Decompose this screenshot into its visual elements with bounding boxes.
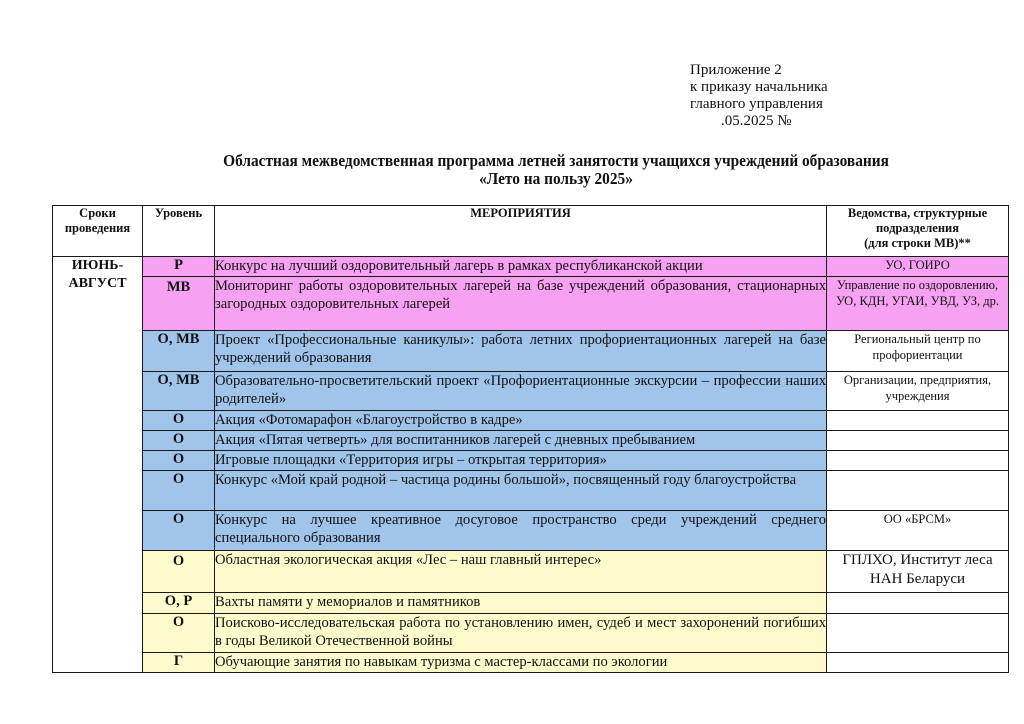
event-cell: Акция «Фотомарафон «Благоустройство в ка… <box>215 411 827 431</box>
event-cell: Игровые площадки «Территория игры – откр… <box>215 451 827 471</box>
event-cell: Конкурс на лучший оздоровительный лагерь… <box>215 257 827 277</box>
header-level: Уровень <box>143 206 215 257</box>
level-cell: О, МВ <box>143 372 215 411</box>
level-cell: Г <box>143 653 215 673</box>
table-row: О Поисково-исследовательская работа по у… <box>53 614 1009 653</box>
title-line-1: Областная межведомственная программа лет… <box>85 152 1024 170</box>
level-cell: О <box>143 471 215 511</box>
table-row: О Акция «Пятая четверть» для воспитанник… <box>53 431 1009 451</box>
table-row: О Конкурс «Мой край родной – частица род… <box>53 471 1009 511</box>
event-cell: Вахты памяти у мемориалов и памятников <box>215 593 827 614</box>
event-cell: Поисково-исследовательская работа по уст… <box>215 614 827 653</box>
agency-cell <box>827 614 1009 653</box>
level-cell: О <box>143 551 215 593</box>
agency-cell: Региональный центр по профориентации <box>827 331 1009 372</box>
header-agencies-line-2: (для строки МВ)** <box>827 236 1008 251</box>
agency-cell: УО, ГОИРО <box>827 257 1009 277</box>
table-row: МВ Мониторинг работы оздоровительных лаг… <box>53 277 1009 331</box>
level-cell: О, МВ <box>143 331 215 372</box>
table-row: О, МВ Проект «Профессиональные каникулы»… <box>53 331 1009 372</box>
table-row: Г Обучающие занятия по навыкам туризма с… <box>53 653 1009 673</box>
event-cell: Проект «Профессиональные каникулы»: рабо… <box>215 331 827 372</box>
appendix-block: Приложение 2 к приказу начальника главно… <box>690 62 828 130</box>
event-cell: Мониторинг работы оздоровительных лагере… <box>215 277 827 331</box>
agency-cell: ГПЛХО, Институт леса НАН Беларуси <box>827 551 1009 593</box>
program-table: Сроки проведения Уровень МЕРОПРИЯТИЯ Вед… <box>52 205 1009 673</box>
table-row: О Областная экологическая акция «Лес – н… <box>53 551 1009 593</box>
level-cell: О <box>143 614 215 653</box>
header-agencies: Ведомства, структурные подразделения (дл… <box>827 206 1009 257</box>
level-cell: О <box>143 511 215 551</box>
event-cell: Конкурс «Мой край родной – частица родин… <box>215 471 827 511</box>
table-row: О, Р Вахты памяти у мемориалов и памятни… <box>53 593 1009 614</box>
table-row: О Конкурс на лучшее креативное досуговое… <box>53 511 1009 551</box>
period-cell: ИЮНЬ-АВГУСТ <box>53 257 143 673</box>
appendix-line-1: Приложение 2 <box>690 62 828 79</box>
agency-cell <box>827 471 1009 511</box>
agency-cell <box>827 451 1009 471</box>
appendix-line-2: к приказу начальника <box>690 79 828 96</box>
appendix-line-3: главного управления <box>690 96 828 113</box>
event-cell: Образовательно-просветительский проект «… <box>215 372 827 411</box>
table-row: О Игровые площадки «Территория игры – от… <box>53 451 1009 471</box>
header-agencies-line-1: Ведомства, структурные подразделения <box>827 206 1008 236</box>
table-row: О Акция «Фотомарафон «Благоустройство в … <box>53 411 1009 431</box>
event-cell: Областная экологическая акция «Лес – наш… <box>215 551 827 593</box>
page-title: Областная межведомственная программа лет… <box>85 152 1024 188</box>
agency-cell: Организации, предприятия, учреждения <box>827 372 1009 411</box>
table-header-row: Сроки проведения Уровень МЕРОПРИЯТИЯ Вед… <box>53 206 1009 257</box>
event-cell: Обучающие занятия по навыкам туризма с м… <box>215 653 827 673</box>
agency-cell: Управление по оздоровлению, УО, КДН, УГА… <box>827 277 1009 331</box>
level-cell: О <box>143 431 215 451</box>
agency-cell <box>827 431 1009 451</box>
agency-cell <box>827 653 1009 673</box>
level-cell: МВ <box>143 277 215 331</box>
level-cell: Р <box>143 257 215 277</box>
agency-cell <box>827 411 1009 431</box>
agency-cell <box>827 593 1009 614</box>
appendix-date: .05.2025 № <box>690 113 828 130</box>
level-cell: О, Р <box>143 593 215 614</box>
level-cell: О <box>143 411 215 431</box>
header-events: МЕРОПРИЯТИЯ <box>215 206 827 257</box>
header-period: Сроки проведения <box>53 206 143 257</box>
level-cell: О <box>143 451 215 471</box>
title-line-2: «Лето на пользу 2025» <box>85 170 1024 188</box>
event-cell: Конкурс на лучшее креативное досуговое п… <box>215 511 827 551</box>
table-row: О, МВ Образовательно-просветительский пр… <box>53 372 1009 411</box>
event-cell: Акция «Пятая четверть» для воспитанников… <box>215 431 827 451</box>
table-row: ИЮНЬ-АВГУСТ Р Конкурс на лучший оздорови… <box>53 257 1009 277</box>
agency-cell: ОО «БРСМ» <box>827 511 1009 551</box>
